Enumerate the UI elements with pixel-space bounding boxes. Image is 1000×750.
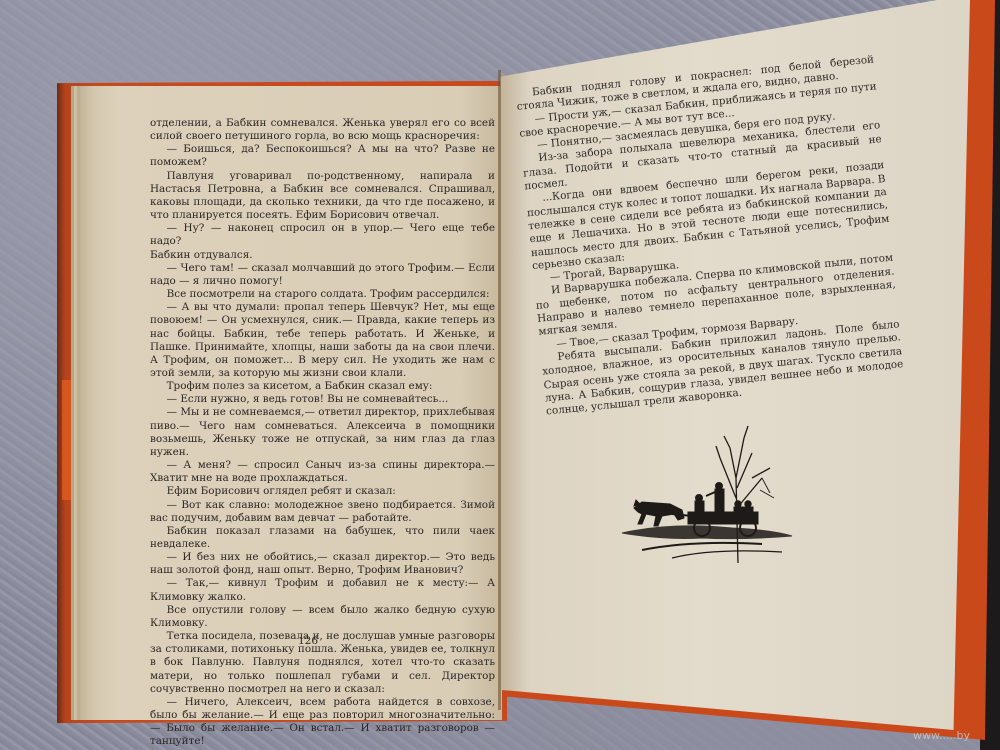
paragraph: Тетка посидела, позевала и, не дослушав … xyxy=(150,630,495,696)
paragraph: Павлуня уговаривал по-родственному, напи… xyxy=(150,170,495,223)
paragraph: — Ну? — наконец спросил он в упор.— Чего… xyxy=(150,222,495,248)
paragraph: — А меня? — спросил Саныч из-за спины ди… xyxy=(150,459,495,485)
paragraph: Бабкин отдувался. xyxy=(150,249,495,262)
paragraph: Все опустили голову — всем было жалко бе… xyxy=(150,604,495,630)
paragraph: — Чего там! — сказал молчавший до этого … xyxy=(150,262,495,288)
paragraph: Все посмотрели на старого солдата. Трофи… xyxy=(150,288,495,301)
paragraph: — Ничего, Алексеич, всем работа найдется… xyxy=(150,696,495,749)
paragraph: Бабкин показал глазами на бабушек, что п… xyxy=(150,525,495,551)
paragraph: отделении, а Бабкин сомневался. Женька у… xyxy=(150,117,495,143)
right-page-text: Бабкин поднял голову и покраснел: под бе… xyxy=(515,53,905,418)
page-number: 126 xyxy=(298,635,318,647)
watermark: www.....by xyxy=(913,729,970,742)
paragraph: Трофим полез за кисетом, а Бабкин сказал… xyxy=(150,380,495,393)
paragraph: — Так,— кивнул Трофим и добавил не к мес… xyxy=(150,577,495,603)
paragraph: — А вы что думали: пропал теперь Шевчук?… xyxy=(150,301,495,380)
paragraph: — Если нужно, я ведь готов! Вы не сомнев… xyxy=(150,393,495,406)
paragraph: — Вот как славно: молодежное звено подби… xyxy=(150,499,495,525)
paragraph: — Мы и не сомневаемся,— ответил директор… xyxy=(150,406,495,459)
paragraph: — И без них не обойтись,— сказал директо… xyxy=(150,551,495,577)
paragraph: — Боишься, да? Беспокоишься? А мы на что… xyxy=(150,143,495,169)
paragraph: Ефим Борисович оглядел ребят и сказал: xyxy=(150,485,495,498)
horse-cart-illustration xyxy=(612,418,812,578)
cover-edge-highlight xyxy=(62,380,82,500)
book-gutter xyxy=(498,70,501,710)
left-page-text: отделении, а Бабкин сомневался. Женька у… xyxy=(150,117,495,749)
